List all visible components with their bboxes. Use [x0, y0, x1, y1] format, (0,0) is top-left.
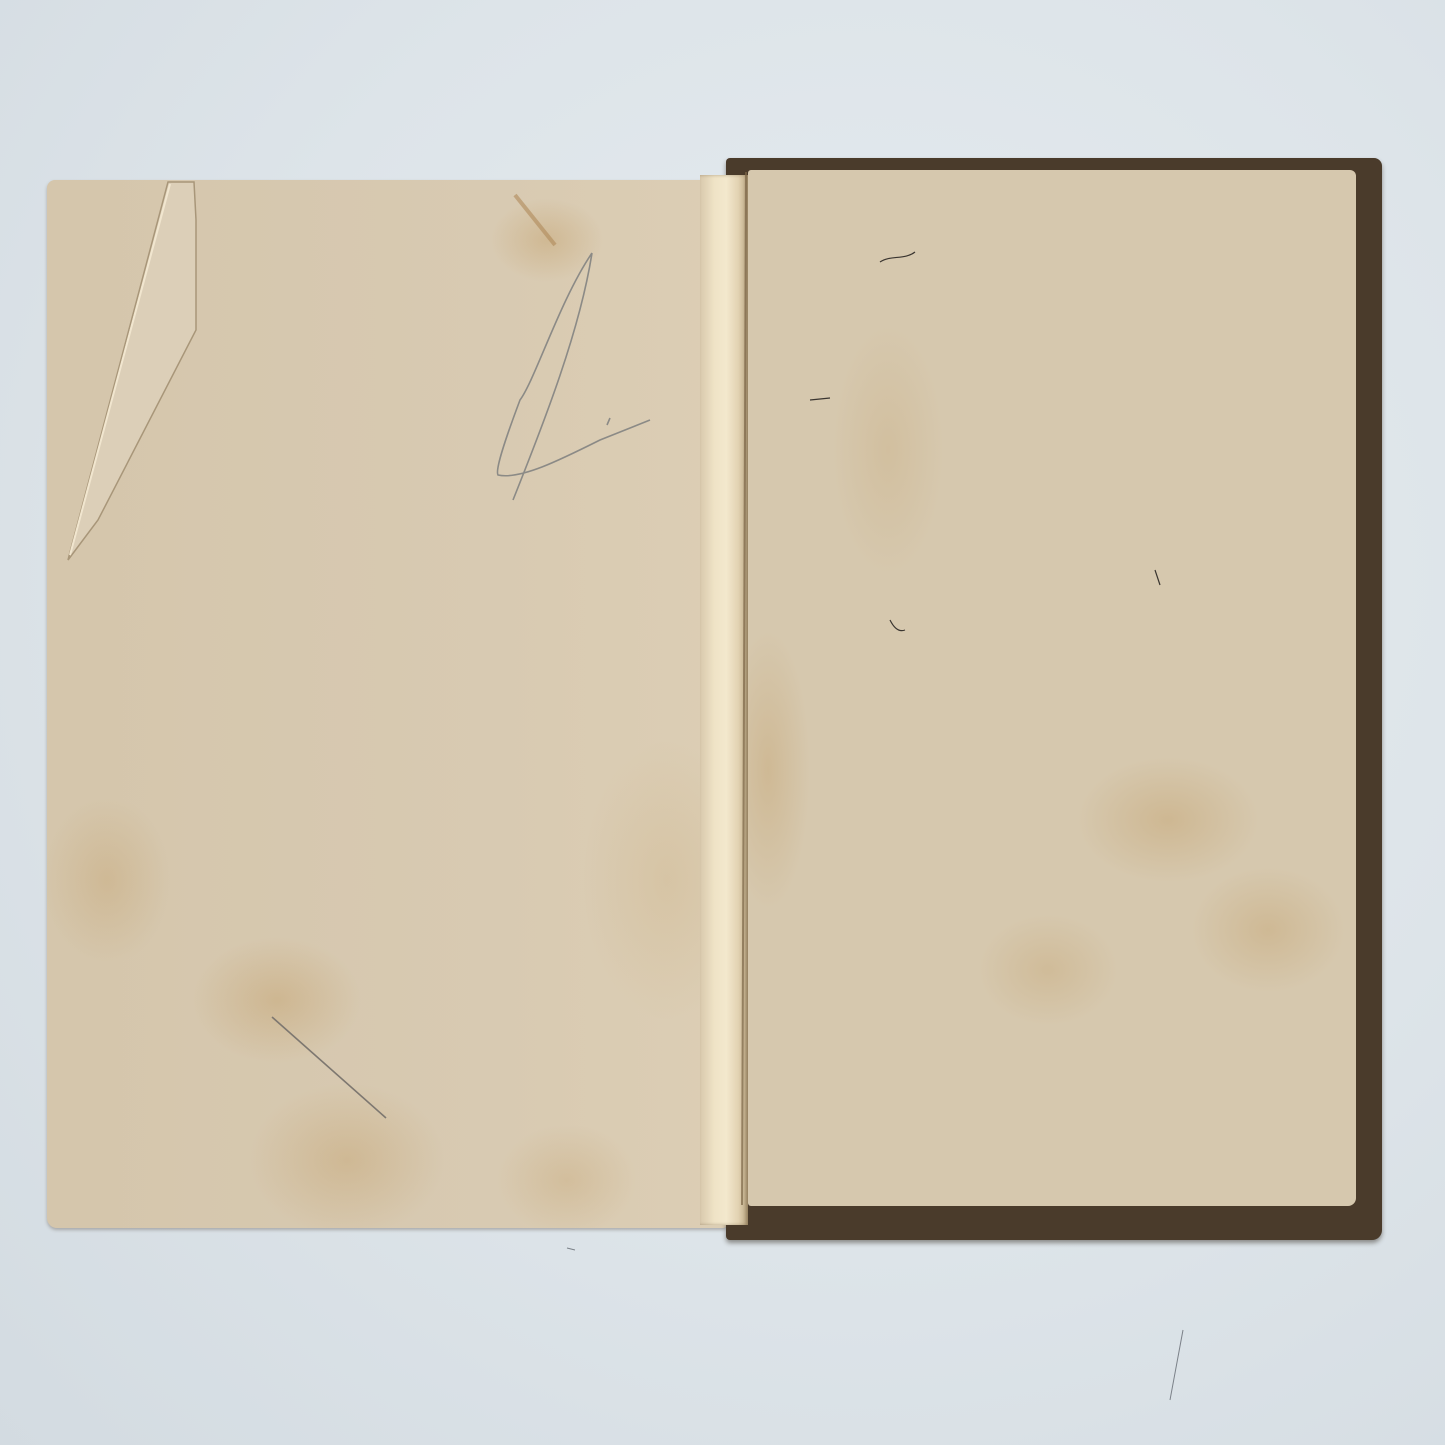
background-marks [567, 1248, 1183, 1400]
scene-description: Open antique book showing blank foxed en… [0, 0, 1, 1]
page-gutter: Cream page block at gutter [700, 175, 748, 1225]
foxing-stains [47, 180, 727, 1228]
left-endpaper: Left endpaper with folded corner flap, p… [47, 180, 727, 1228]
foxing-stains [748, 170, 1356, 1206]
right-endpaper: Right pastedown endpaper with foxing [748, 170, 1356, 1206]
photo-scene: Open antique book showing blank foxed en… [0, 0, 1445, 1445]
